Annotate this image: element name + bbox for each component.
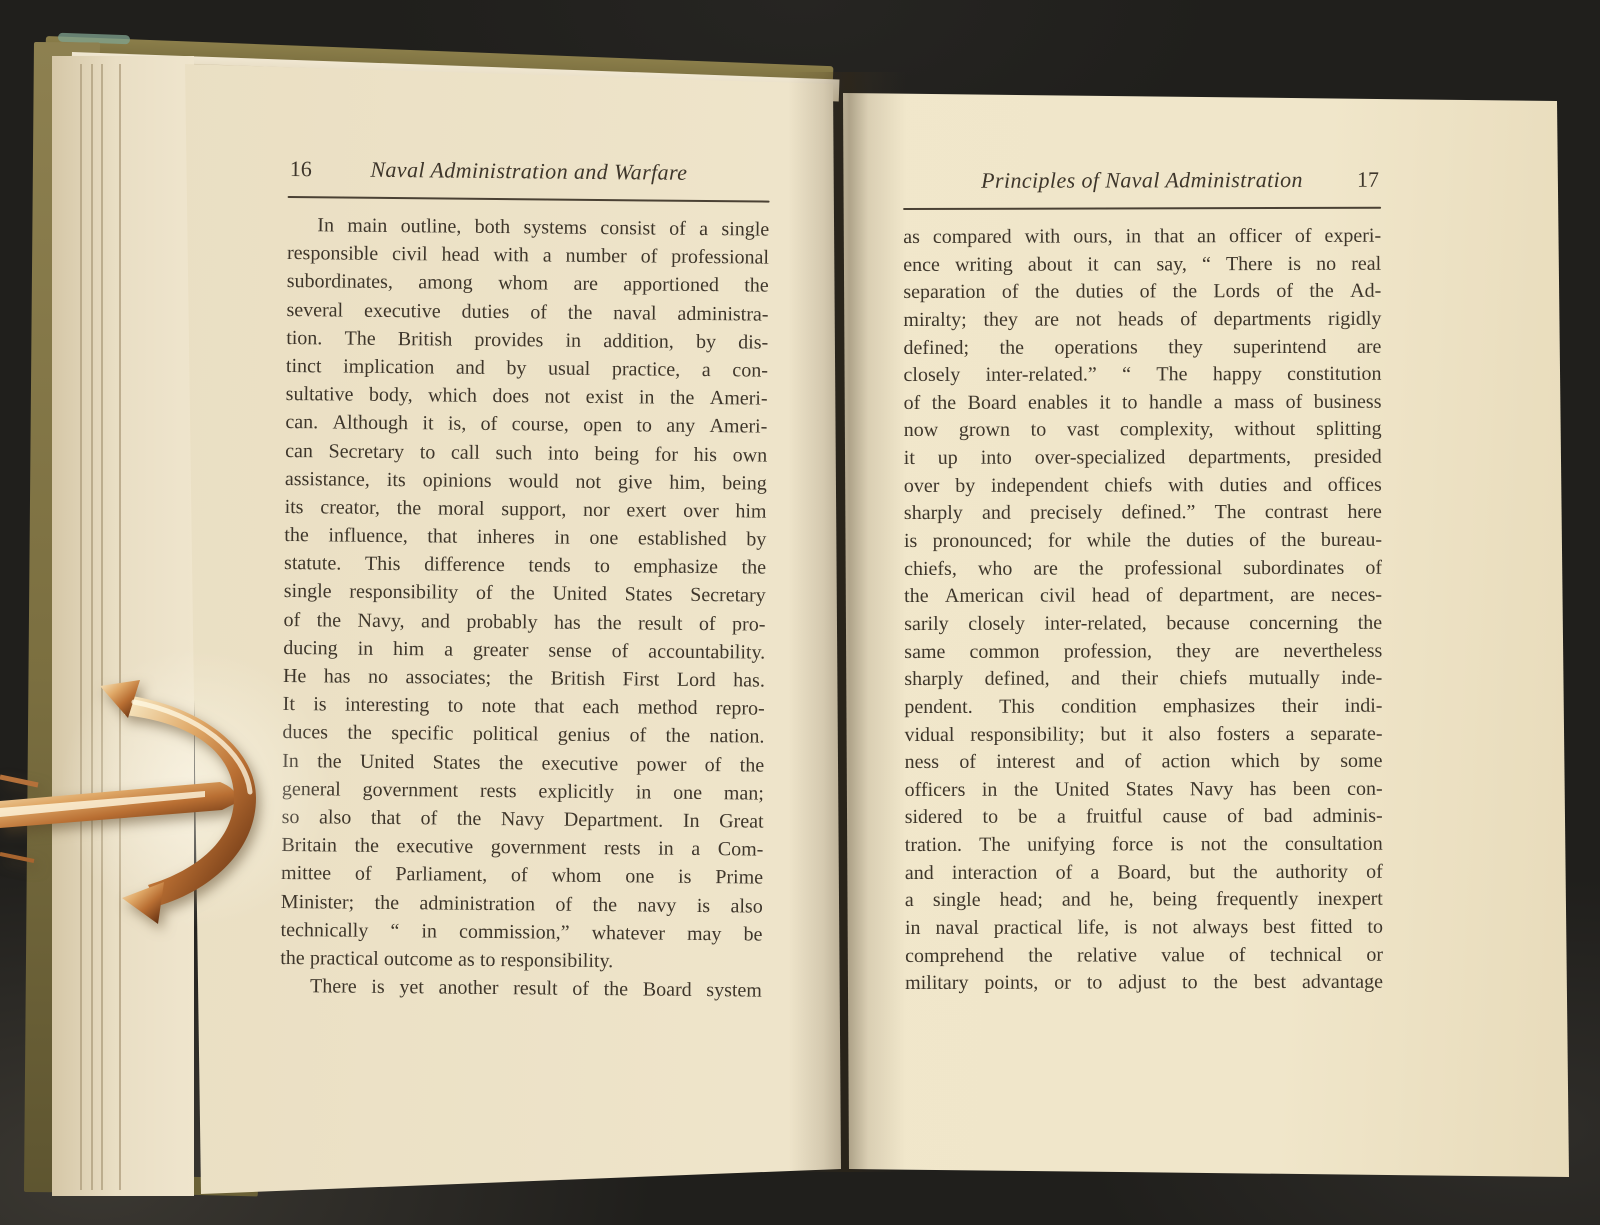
page-stack-left-edge <box>52 56 194 1196</box>
text-line: subordinates,amongwhomareapportionedthe <box>287 270 769 303</box>
text-line: nessofinterestandofactionwhichbysome <box>905 750 1383 779</box>
text-line: miralty;theyarenotheadsofdepartmentsrigi… <box>903 308 1381 337</box>
clip-wire-upper <box>0 777 38 785</box>
text-line: militarypoints,ortoadjusttothebestadvant… <box>905 971 1383 1000</box>
right-header-rule <box>903 207 1381 210</box>
left-page-number: 16 <box>290 156 312 182</box>
book-gutter-shadow <box>788 72 906 1172</box>
text-line: pendent.Thisconditionemphasizestheirindi… <box>904 695 1382 724</box>
clip-wire-lower <box>0 854 34 861</box>
text-line: overbyindependentchiefswithdutiesandoffi… <box>904 474 1382 503</box>
left-page-content: 16 Naval Administration and Warfare Inma… <box>280 156 770 1008</box>
right-running-header: Principles of Naval Administration 17 <box>903 167 1381 196</box>
text-line: encewritingaboutitcansay,“Thereisnoreal <box>903 252 1381 281</box>
text-line: Minister;theadministrationofthenavyisals… <box>281 890 763 923</box>
text-line: chiefs,whoaretheprofessionalsubordinates… <box>904 556 1382 585</box>
left-running-title: Naval Administration and Warfare <box>370 157 687 185</box>
left-running-header: 16 Naval Administration and Warfare <box>288 156 770 189</box>
text-line: defined;theoperationstheysuperintendare <box>903 335 1381 364</box>
text-line: responsiblecivilheadwithanumberofprofess… <box>287 242 769 275</box>
right-running-title: Principles of Naval Administration <box>981 167 1303 193</box>
text-line: itupintoover-specializeddepartments,pres… <box>904 446 1382 475</box>
text-line: comprehendtherelativevalueoftechnicalor <box>905 943 1383 972</box>
text-line: sideredtobeafruitfulcauseofbadadminis- <box>905 805 1383 834</box>
text-line: ispronounced;forwhilethedutiesoftheburea… <box>904 529 1382 558</box>
text-line: statute.Thisdifferencetendstoemphasizeth… <box>284 552 766 585</box>
text-line: thepracticaloutcomeastoresponsibility. <box>280 947 762 980</box>
page-edge-line <box>91 64 93 1190</box>
right-page-text: ascomparedwithours,inthatanofficerofexpe… <box>903 225 1383 1000</box>
text-line: asinglehead;andhe,beingfrequentlyinexper… <box>905 888 1383 917</box>
left-header-rule <box>288 196 770 203</box>
text-line: andinteractionofaBoard,buttheauthorityof <box>905 860 1383 889</box>
text-line: theAmericancivilheadofdepartment,arenece… <box>904 584 1382 613</box>
right-page-content: Principles of Naval Administration 17 as… <box>903 167 1383 1000</box>
text-line: samecommonprofession,theyarenevertheless <box>904 639 1382 668</box>
text-line: sharplyandpreciselydefined.”Thecontrasth… <box>904 501 1382 530</box>
text-line: oftheBoardenablesittohandleamassofbusine… <box>904 391 1382 420</box>
text-line: singleresponsibilityoftheUnitedStatesSec… <box>284 580 766 613</box>
text-line: mitteeofParliament,ofwhomoneisPrime <box>281 862 763 895</box>
text-line: closelyinter-related.”“Thehappyconstitut… <box>904 363 1382 392</box>
text-line: ThereisyetanotherresultoftheBoardsystem <box>280 975 762 1008</box>
text-line: ascomparedwithours,inthatanofficerofexpe… <box>903 225 1381 254</box>
left-page-text: Inmainoutline,bothsystemsconsistofasingl… <box>280 214 770 1008</box>
text-line: theinfluence,thatinheresinoneestablished… <box>284 524 766 557</box>
text-line: separationofthedutiesoftheLordsoftheAd- <box>903 280 1381 309</box>
text-line: vidualresponsibility;butitalsofostersase… <box>904 722 1382 751</box>
page-edge-line <box>80 64 82 1190</box>
text-line: sharplydefined,andtheirchiefsmutuallyind… <box>904 667 1382 696</box>
anchor-fluke-lower <box>122 882 164 924</box>
book-photo: { "book": { "left_page": { "page_number"… <box>0 0 1600 1225</box>
text-line: officersintheUnitedStatesNavyhasbeencon- <box>905 778 1383 807</box>
text-line: oftheNavy,andprobablyhastheresultofpro- <box>283 609 765 642</box>
right-page-number: 17 <box>1357 167 1379 193</box>
text-line: Inmainoutline,bothsystemsconsistofasingl… <box>287 214 769 247</box>
page-edge-line <box>119 64 121 1190</box>
anchor-bookmark <box>0 640 300 940</box>
text-line: tration.Theunifyingforceisnottheconsulta… <box>905 833 1383 862</box>
text-line: nowgrowntovastcomplexity,withoutsplittin… <box>904 418 1382 447</box>
text-line: sarilycloselyinter-related,becauseconcer… <box>904 612 1382 641</box>
text-line: innavalpracticallife,isnotalwaysbestfitt… <box>905 916 1383 945</box>
text-line: technically“incommission,”whatevermaybe <box>280 919 762 952</box>
page-edge-line <box>101 64 103 1190</box>
